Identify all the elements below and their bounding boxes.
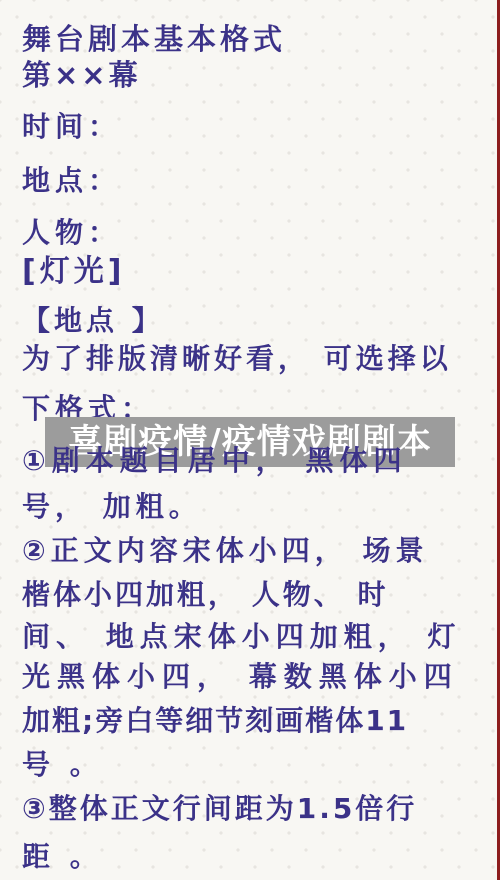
script-line-title: 舞台剧本基本格式 <box>22 22 286 57</box>
script-line-note-1: 为了排版清晰好看， 可选择以 <box>22 342 452 376</box>
script-line-rule-2e: 加粗;旁白等细节刻画楷体11 <box>22 704 408 738</box>
script-line-rule-3b: 距 。 <box>22 840 103 874</box>
script-line-rule-1a: ①剧本题目居中， 黑体四 <box>22 444 407 478</box>
script-line-rule-1b: 号， 加粗。 <box>22 490 202 524</box>
script-line-rule-2f: 号 。 <box>22 748 103 782</box>
script-line-rule-2c: 间、 地点宋体小四加粗， 灯 <box>22 620 462 654</box>
script-line-characters: 人物： <box>22 216 121 250</box>
notebook-page: 舞台剧本基本格式 第××幕 时间： 地点： 人物： [灯光] 【地点 】 为了排… <box>0 0 500 880</box>
script-line-act: 第××幕 <box>22 58 141 93</box>
script-line-rule-2d: 光黑体小四， 幕数黑体小四 <box>22 660 459 694</box>
script-line-place: 地点： <box>22 164 121 198</box>
script-line-location-tag: 【地点 】 <box>22 304 164 338</box>
script-line-lighting: [灯光] <box>22 254 125 290</box>
script-line-rule-3a: ③整体正文行间距为1.5倍行 <box>22 792 417 826</box>
script-line-time: 时间： <box>22 110 121 144</box>
script-line-rule-2b: 楷体小四加粗， 人物、 时 <box>22 578 389 612</box>
script-line-rule-2a: ②正文内容宋体小四， 场景 <box>22 534 428 568</box>
